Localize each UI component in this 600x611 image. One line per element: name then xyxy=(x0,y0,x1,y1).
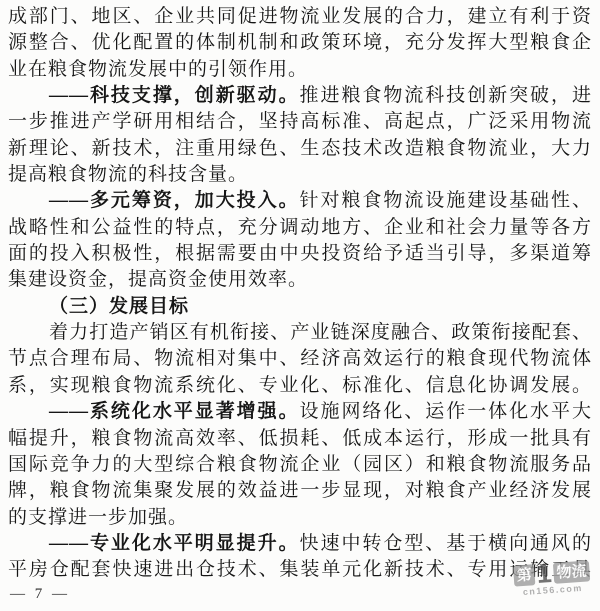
text-line: 国际竞争力的大型综合粮食物流企业（园区）和粮食物流服务品 xyxy=(8,452,592,478)
bold-run: ——专业化水平明显提升。 xyxy=(49,533,300,554)
text-line: 牌，粮食物流集聚发展的效益进一步显现，对粮食产业经济发展 xyxy=(8,478,592,504)
text-run: 牌，粮食物流集聚发展的效益进一步显现，对粮食产业经济发展 xyxy=(8,480,592,501)
text-run: 设施网络化、运作一体化水平大 xyxy=(300,401,592,422)
watermark-text-wuliu: 物流 xyxy=(553,560,590,583)
text-line: ——科技支撑，创新驱动。推进粮食物流科技创新突破，进 xyxy=(8,83,592,109)
page-number: — 7 — xyxy=(10,586,70,603)
text-line: 系，实现粮食物流系统化、专业化、标准化、信息化协调发展。 xyxy=(8,373,592,399)
text-line: 面的投入积极性，根据需要由中央投资给予适当引导，多渠道筹 xyxy=(8,241,592,267)
text-line: 源整合、优化配置的体制机制和政策环境，充分发挥大型粮食企 xyxy=(8,30,592,56)
text-line: 成部门、地区、企业共同促进物流业发展的合力，建立有利于资 xyxy=(8,4,592,30)
text-line: 集建设资金，提高资金使用效率。 xyxy=(8,267,592,293)
text-run: 的支撑进一步加强。 xyxy=(8,507,188,528)
text-run: 成部门、地区、企业共同促进物流业发展的合力，建立有利于资 xyxy=(8,6,592,27)
text-line: ——多元筹资，加大投入。针对粮食物流设施建设基础性、 xyxy=(8,188,592,214)
text-line: 幅提升，粮食物流高效率、低损耗、低成本运行，形成一批具有 xyxy=(8,426,592,452)
text-run: 幅提升，粮食物流高效率、低损耗、低成本运行，形成一批具有 xyxy=(8,428,592,449)
text-run: 业在粮食物流发展中的引领作用。 xyxy=(8,59,308,80)
watermark-number-one: 1 xyxy=(535,563,553,585)
bold-run: ——科技支撑，创新驱动。 xyxy=(49,85,300,106)
text-line: 提高粮食物流的科技含量。 xyxy=(8,162,592,188)
text-line: ——专业化水平明显提升。快速中转仓型、基于横向通风的 xyxy=(8,531,592,557)
text-line: 一步推进产学研用相结合，坚持高标准、高起点，广泛采用物流 xyxy=(8,109,592,135)
text-line: 平房仓配套快速进出仓技术、集装单元化新技术、专用运输工具 xyxy=(8,557,592,583)
text-run: 系，实现粮食物流系统化、专业化、标准化、信息化协调发展。 xyxy=(8,375,592,396)
watermark-text-di: 第 xyxy=(513,564,535,586)
text-run: 一步推进产学研用相结合，坚持高标准、高起点，广泛采用物流 xyxy=(8,111,592,132)
text-run: 针对粮食物流设施建设基础性、 xyxy=(300,190,592,211)
text-run: 节点合理布局、物流相对集中、经济高效运行的粮食现代物流体 xyxy=(8,348,592,369)
text-line: （三）发展目标 xyxy=(8,294,592,320)
text-run: 提高粮食物流的科技含量。 xyxy=(8,164,248,185)
document-page: 成部门、地区、企业共同促进物流业发展的合力，建立有利于资源整合、优化配置的体制机… xyxy=(0,0,600,611)
text-line: 着力打造产销区有机衔接、产业链深度融合、政策衔接配套、 xyxy=(8,320,592,346)
bold-run: ——多元筹资，加大投入。 xyxy=(49,190,300,211)
text-run: 快速中转仓型、基于横向通风的 xyxy=(300,533,592,554)
text-run: 推进粮食物流科技创新突破，进 xyxy=(300,85,592,106)
text-run: 着力打造产销区有机衔接、产业链深度融合、政策衔接配套、 xyxy=(49,322,592,343)
text-run: 源整合、优化配置的体制机制和政策环境，充分发挥大型粮食企 xyxy=(8,32,592,53)
text-run: 战略性和公益性的特点，充分调动地方、企业和社会力量等各方 xyxy=(8,217,592,238)
text-line: 的支撑进一步加强。 xyxy=(8,505,592,531)
bold-run: ——系统化水平显著增强。 xyxy=(49,401,300,422)
text-run: 面的投入积极性，根据需要由中央投资给予适当引导，多渠道筹 xyxy=(8,243,592,264)
document-body: 成部门、地区、企业共同促进物流业发展的合力，建立有利于资源整合、优化配置的体制机… xyxy=(8,4,592,584)
bold-run: （三）发展目标 xyxy=(49,296,189,317)
watermark-cn156-logo: 第 1 物流 cn156.com xyxy=(513,560,591,597)
text-line: 节点合理布局、物流相对集中、经济高效运行的粮食现代物流体 xyxy=(8,346,592,372)
text-line: 战略性和公益性的特点，充分调动地方、企业和社会力量等各方 xyxy=(8,215,592,241)
text-line: ——系统化水平显著增强。设施网络化、运作一体化水平大 xyxy=(8,399,592,425)
text-line: 新理论、新技术，注重用绿色、生态技术改造粮食物流业，大力 xyxy=(8,136,592,162)
text-run: 新理论、新技术，注重用绿色、生态技术改造粮食物流业，大力 xyxy=(8,138,592,159)
text-run: 平房仓配套快速进出仓技术、集装单元化新技术、专用运输工具 xyxy=(8,559,592,580)
text-line: 业在粮食物流发展中的引领作用。 xyxy=(8,57,592,83)
text-run: 国际竞争力的大型综合粮食物流企业（园区）和粮食物流服务品 xyxy=(8,454,592,475)
text-run: 集建设资金，提高资金使用效率。 xyxy=(8,269,308,290)
